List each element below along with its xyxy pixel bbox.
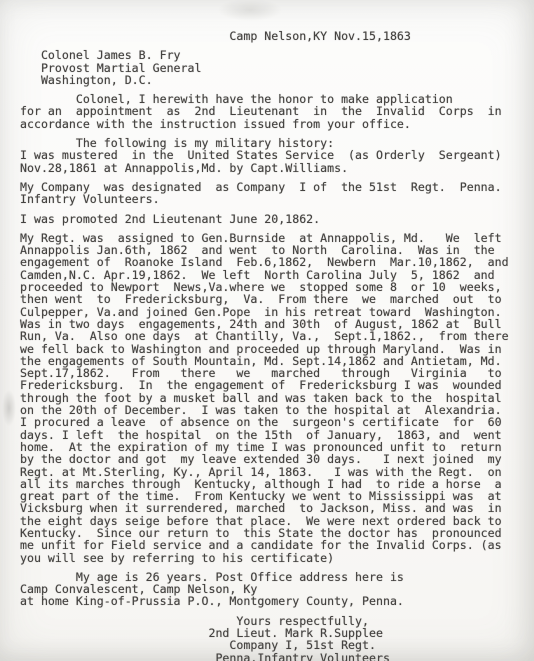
letter-line: I was mustered in the United States Serv… xyxy=(20,149,510,161)
block-paragraph: I was promoted 2nd Lieutenant June 20,18… xyxy=(20,213,510,225)
letter-line: at home King-of-Prussia P.O., Montgomery… xyxy=(20,595,510,607)
letter-line: Washington, D.C. xyxy=(20,74,510,86)
block-paragraph: The following is my military history:I w… xyxy=(20,137,510,174)
letter-line: Company I, 51st Regt. xyxy=(20,639,510,651)
block-paragraph: My Company was designated as Company I o… xyxy=(20,181,510,206)
letter-line: Regt. at Mt.Sterling, Ky., April 14, 186… xyxy=(20,466,510,478)
letter-line: Vicksburg when it surrendered, marched t… xyxy=(20,502,510,514)
letter-line: Infantry Volunteers. xyxy=(20,193,510,205)
letter-line: me unfit for Field service and a candida… xyxy=(20,539,510,551)
letter-line: Run, Va. Also one days at Chantilly, Va.… xyxy=(20,330,510,342)
scanned-letter-page: Camp Nelson,KY Nov.15,1863 Colonel James… xyxy=(0,0,534,661)
letter-line: accordance with the instruction issued f… xyxy=(20,118,510,130)
block-paragraph: My Regt. was assigned to Gen.Burnside at… xyxy=(20,232,510,564)
letter-line: by the doctor and got my leave extended … xyxy=(20,453,510,465)
block-paragraph: Colonel, I herewith have the honor to ma… xyxy=(20,93,510,130)
letter-line: Camp Nelson,KY Nov.15,1863 xyxy=(20,30,510,42)
letter-line: Nov.28,1861 at Annappolis,Md. by Capt.Wi… xyxy=(20,162,510,174)
letter-line: then went to Fredericksburg, Va. From th… xyxy=(20,293,510,305)
block-signature: Yours respectfully, 2nd Lieut. Mark R.Su… xyxy=(20,615,510,661)
letter-line: Colonel James B. Fry xyxy=(20,49,510,61)
letter: Camp Nelson,KY Nov.15,1863 Colonel James… xyxy=(20,30,510,661)
block-paragraph: My age is 26 years. Post Office address … xyxy=(20,571,510,608)
letter-line: you will see by referring to his certifi… xyxy=(20,552,510,564)
letter-line: Penna.Infantry Volunteers xyxy=(20,652,510,661)
block-recipient: Colonel James B. Fry Provost Martial Gen… xyxy=(20,49,510,86)
letter-line: for an appointment as 2nd Lieutenant in … xyxy=(20,105,510,117)
letter-line: we fell back to Washington and proceeded… xyxy=(20,343,510,355)
letter-line: I procured a leave of absence on the sur… xyxy=(20,416,510,428)
letter-line: Fredericksburg. In the engagement of Fre… xyxy=(20,379,510,391)
letter-line: I was promoted 2nd Lieutenant June 20,18… xyxy=(20,213,510,225)
letter-line: engagement of Roanoke Island Feb.6,1862,… xyxy=(20,256,510,268)
block-dateline: Camp Nelson,KY Nov.15,1863 xyxy=(20,30,510,42)
